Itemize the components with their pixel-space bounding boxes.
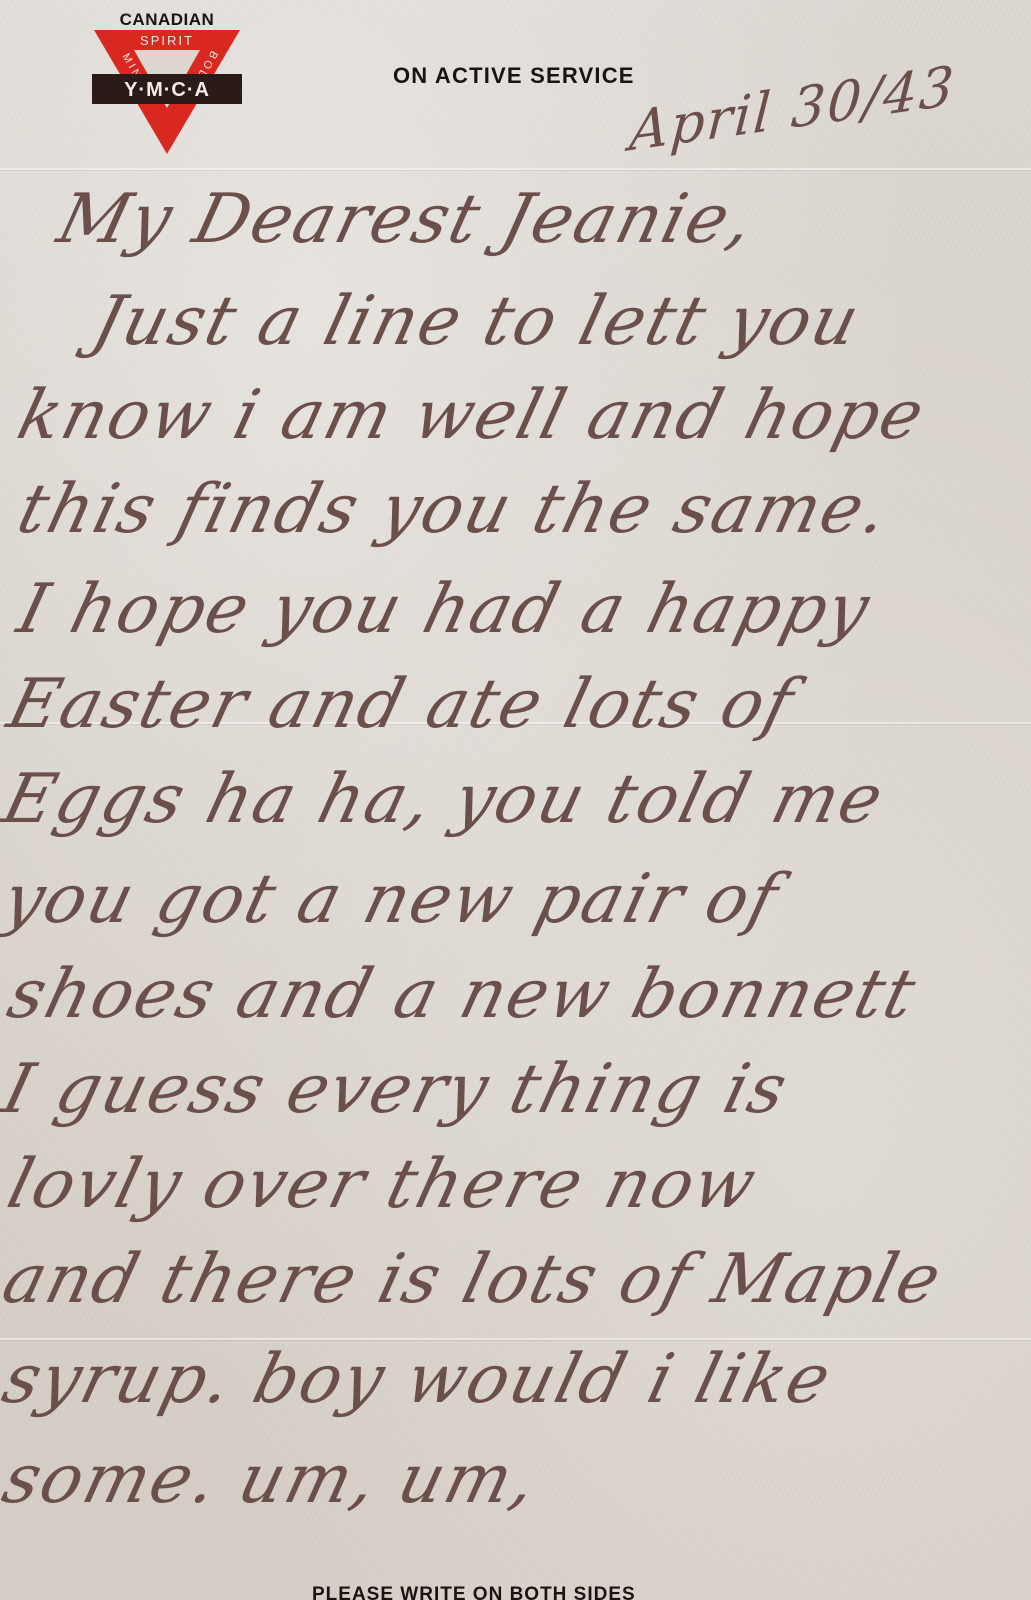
letter-line: I hope you had a happy [10, 570, 879, 649]
letter-line: Eggs ha ha, you told me [0, 760, 892, 839]
letter-line: you got a new pair of [0, 860, 787, 939]
letterhead-title: ON ACTIVE SERVICE [393, 63, 635, 89]
ymca-logo: CANADIAN SPIRIT MIND BODY Y·M·C·A [92, 10, 242, 160]
letter-line: and there is lots of Maple [0, 1240, 950, 1319]
footer-instruction: PLEASE WRITE ON BOTH SIDES [312, 1584, 636, 1600]
letter-line: I guess every thing is [0, 1050, 796, 1129]
letter-line: Just a line to lett you [85, 282, 868, 361]
letter-line: syrup. boy would i like [0, 1340, 840, 1419]
ymca-triangle-icon: SPIRIT MIND BODY Y·M·C·A [92, 28, 242, 158]
letter-line: shoes and a new bonnett [0, 955, 925, 1034]
letter-line: lovly over there now [0, 1145, 765, 1224]
letter-line: this finds you the same. [10, 470, 897, 549]
svg-text:Y·M·C·A: Y·M·C·A [124, 79, 210, 101]
letter-line: Easter and ate lots of [0, 665, 802, 744]
letter-line: some. um, um, [0, 1440, 546, 1519]
letter-salutation: My Dearest Jeanie, [50, 180, 763, 259]
letter-line: know i am well and hope [10, 376, 933, 455]
svg-text:SPIRIT: SPIRIT [140, 33, 194, 48]
logo-top-text: CANADIAN [92, 10, 242, 30]
fold-line [0, 168, 1031, 170]
